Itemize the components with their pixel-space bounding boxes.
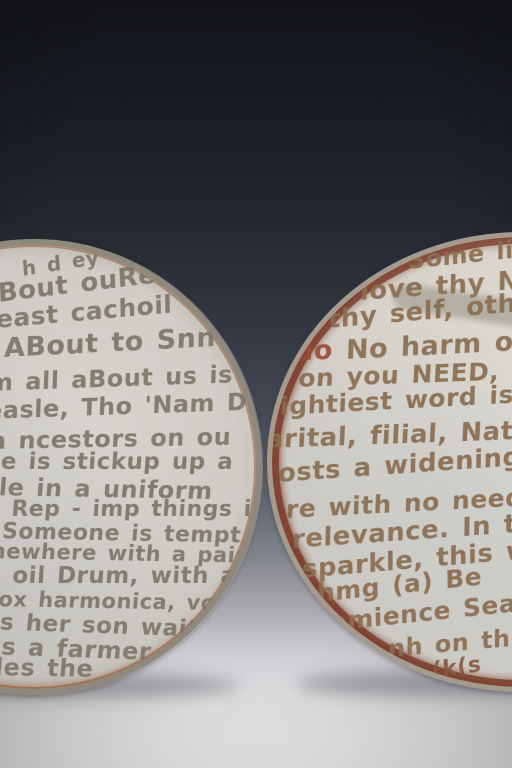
plate-text-line: des the [0,655,94,681]
plate-text-line: n Rep - imp things in [0,499,262,521]
plate-text-line: ne is stickup up a [0,451,234,474]
plate-text-line: n oil Drum, with a [0,565,237,588]
plate-text-line: do [294,336,333,366]
plate-text-line: (k(s [431,654,482,683]
plate-text-line: easle, Tho 'Nam Dn [0,389,262,423]
plate-text-line: thy self, oth [328,290,512,333]
